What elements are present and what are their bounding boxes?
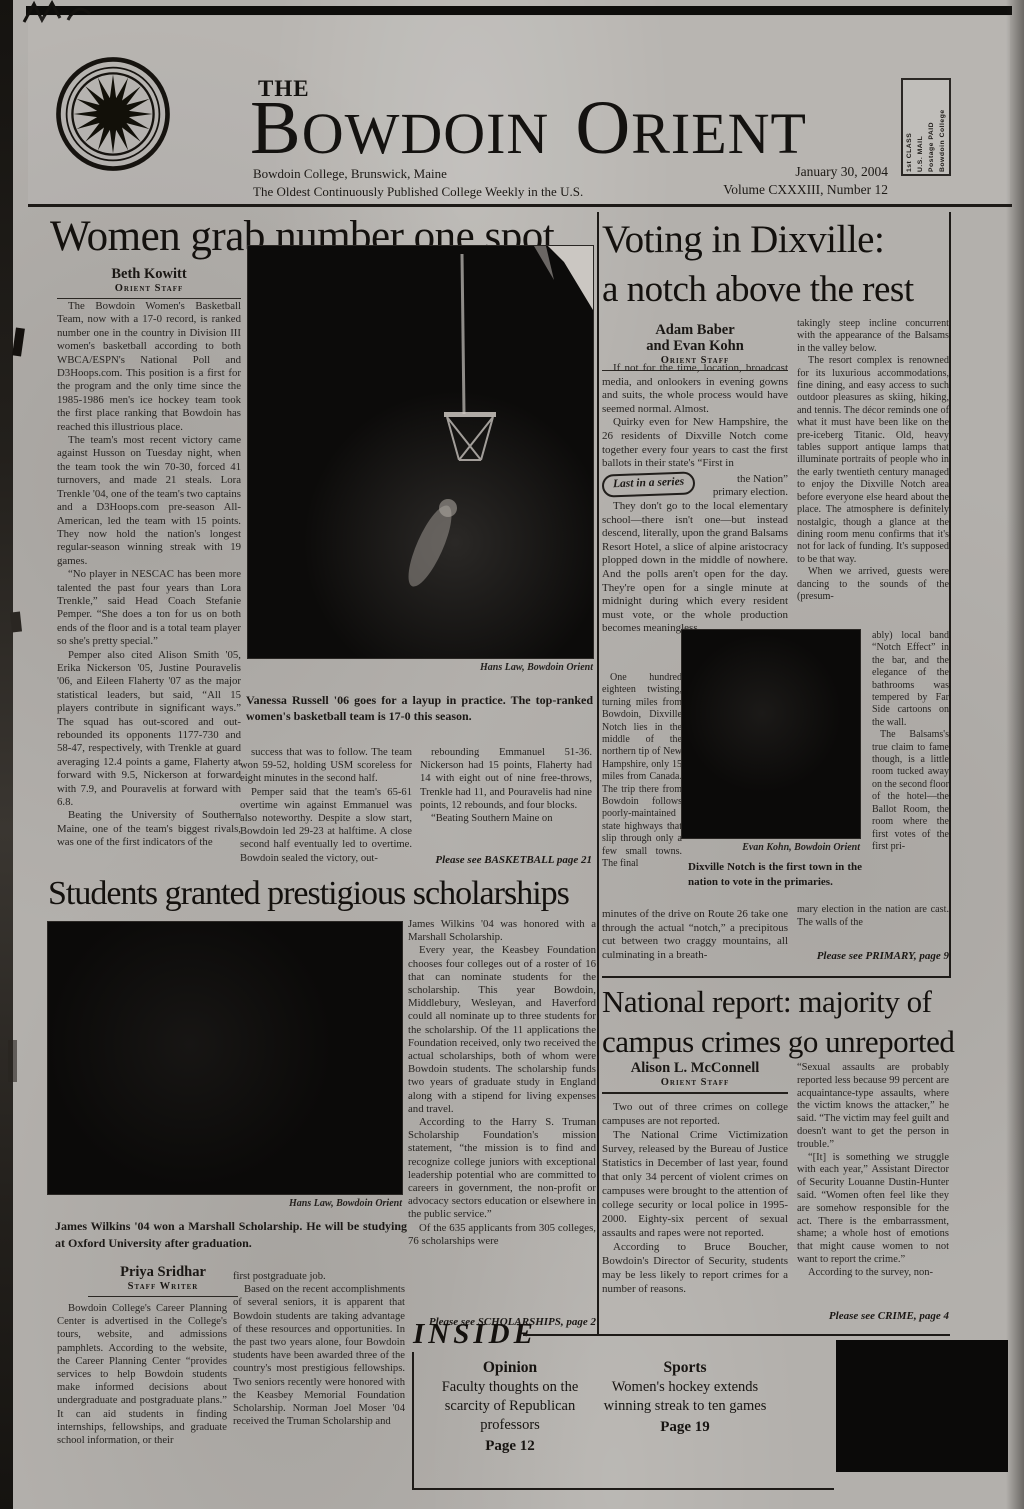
paragraph: Every year, the Keasbey Foundation choos…	[408, 944, 596, 1116]
dixville-column-1: If not for the time, location, broadcast…	[602, 362, 788, 668]
paragraph: “[It] is something we struggle with each…	[797, 1152, 949, 1267]
basketball-jump-line: Please see BASKETBALL page 21	[420, 854, 592, 866]
masthead-title-word: BOWDOIN	[250, 96, 549, 166]
paragraph: first postgraduate job.	[233, 1270, 405, 1283]
basketball-photo	[248, 246, 593, 658]
basketball-column-1: The Bowdoin Women's Basketball Team, now…	[57, 300, 241, 862]
paragraph: According to the Harry S. Truman Scholar…	[408, 1116, 596, 1222]
paragraph: “No player in NESCAC has been more talen…	[57, 568, 241, 648]
crime-headline-line-1: National report: majority of	[602, 982, 950, 1022]
paragraph: The resort complex is renowned for its l…	[797, 355, 949, 566]
byline-name: Beth Kowitt	[57, 266, 241, 282]
series-badge: Last in a series	[602, 471, 696, 497]
paragraph: James Wilkins '04 was honored with a Mar…	[408, 918, 596, 944]
inside-box-bottom-rule	[412, 1488, 834, 1490]
paragraph: takingly steep incline concurrent with t…	[797, 318, 949, 355]
dixville-photo	[682, 630, 860, 838]
dixville-column-2-continued: mary election in the nation are cast. Th…	[797, 904, 949, 934]
series-badge-row: Last in a series the Nation” primary ele…	[602, 473, 788, 500]
paragraph: success that was to follow. The team won…	[240, 746, 412, 786]
paragraph: minutes of the drive on Route 26 take on…	[602, 908, 788, 962]
dixville-column-2-narrow: ably) local band “Notch Effect” in the b…	[872, 630, 949, 900]
inside-item-summary: Women's hockey extends winning streak to…	[596, 1378, 774, 1416]
bottom-right-ink-block	[836, 1340, 1008, 1472]
byline-name: and Evan Kohn	[602, 338, 788, 354]
basketball-column-3: rebounding Emmanuel 51-36. Nickerson had…	[420, 746, 592, 852]
scan-mark	[10, 612, 22, 633]
paragraph: Beating the University of Southern Maine…	[57, 809, 241, 849]
scan-mark	[8, 1040, 17, 1082]
masthead-rule	[28, 204, 1012, 207]
issue-volume: Volume CXXXIII, Number 12	[598, 182, 888, 198]
paragraph: They don't go to the local elementary sc…	[602, 500, 788, 636]
stamp-line: Postage PAID	[927, 82, 937, 172]
paragraph: When we arrived, guests were dancing to …	[797, 566, 949, 603]
bowdoin-seal-logo	[55, 56, 171, 172]
inside-section-label: Opinion	[428, 1358, 592, 1378]
inside-item-opinion: Opinion Faculty thoughts on the scarcity…	[428, 1358, 592, 1457]
basketball-photo-highlights	[248, 246, 593, 658]
byline-name: Adam Baber	[602, 322, 788, 338]
stamp-line: U.S. MAIL	[916, 82, 926, 172]
inside-item-sports: Sports Women's hockey extends winning st…	[596, 1358, 774, 1438]
paragraph: “Beating Southern Maine on	[420, 812, 592, 825]
paragraph: One hundred eighteen twisting, turning m…	[602, 672, 682, 871]
paragraph: Based on the recent accomplishments of s…	[233, 1283, 405, 1428]
right-column-rule	[949, 212, 951, 978]
wilkins-photo-caption: James Wilkins '04 won a Marshall Scholar…	[55, 1218, 407, 1251]
basketball-column-2: success that was to follow. The team won…	[240, 746, 412, 870]
inside-box-left-rule	[412, 1352, 414, 1488]
byline-name: Priya Sridhar	[88, 1264, 238, 1280]
paragraph: rebounding Emmanuel 51-36. Nickerson had…	[420, 746, 592, 812]
paragraph: According to Bruce Boucher, Bowdoin's Di…	[602, 1240, 788, 1296]
byline-role: Orient Staff	[602, 1076, 788, 1089]
crime-headline-line-2: campus crimes go unreported	[602, 1022, 950, 1062]
paragraph: ably) local band “Notch Effect” in the b…	[872, 630, 949, 729]
wilkins-photo	[48, 922, 402, 1194]
crime-column-1: Two out of three crimes on college campu…	[602, 1100, 788, 1330]
scholarships-column-b: first postgraduate job. Based on the rec…	[233, 1270, 405, 1478]
paragraph: According to the survey, non-	[797, 1267, 949, 1280]
crime-column-2: “Sexual assaults are probably reported l…	[797, 1062, 949, 1308]
masthead-tagline-1: Bowdoin College, Brunswick, Maine	[253, 166, 447, 182]
scholarships-byline: Priya Sridhar Staff Writer	[88, 1264, 238, 1297]
inside-page-ref: Page 12	[428, 1435, 592, 1457]
scan-edge-left	[0, 0, 13, 1509]
dixville-column-1-narrow: One hundred eighteen twisting, turning m…	[602, 672, 682, 908]
masthead-title-word: ORIENT	[575, 96, 807, 166]
inside-label: INSIDE	[413, 1318, 537, 1351]
dixville-headline-line-1: Voting in Dixville:	[602, 216, 950, 264]
wilkins-photo-credit: Hans Law, Bowdoin Orient	[48, 1198, 402, 1209]
dixville-column-2: takingly steep incline concurrent with t…	[797, 318, 949, 628]
paragraph: Bowdoin College's Career Planning Center…	[57, 1302, 227, 1447]
paragraph: Pemper also cited Alison Smith '05, Erik…	[57, 649, 241, 810]
paragraph: “Sexual assaults are probably reported l…	[797, 1062, 949, 1152]
masthead: THE BOWDOIN ORIENT Bowdoin College, Brun…	[28, 16, 1010, 204]
basketball-photo-credit: Hans Law, Bowdoin Orient	[248, 662, 593, 673]
inside-rule	[523, 1334, 950, 1336]
paragraph: Two out of three crimes on college campu…	[602, 1100, 788, 1128]
crime-byline: Alison L. McConnell Orient Staff	[602, 1060, 788, 1094]
dixville-headline-line-2: a notch above the rest	[602, 266, 950, 314]
dixville-column-1-continued: minutes of the drive on Route 26 take on…	[602, 908, 788, 966]
postage-stamp-box: 1st CLASS U.S. MAIL Postage PAID Bowdoin…	[901, 78, 951, 176]
byline-role: Orient Staff	[57, 282, 241, 295]
paragraph: The team's most recent victory came agai…	[57, 434, 241, 568]
scan-mark	[12, 328, 25, 357]
stamp-line: Bowdoin College	[938, 82, 948, 172]
scholarships-headline: Students granted prestigious scholarship…	[48, 872, 594, 916]
paragraph: Quirky even for New Hampshire, the 26 re…	[602, 416, 788, 470]
scan-right-shade	[1006, 0, 1024, 1509]
newspaper-front-page: THE BOWDOIN ORIENT Bowdoin College, Brun…	[0, 0, 1024, 1509]
inside-item-summary: Faculty thoughts on the scarcity of Repu…	[428, 1378, 592, 1435]
dixville-photo-credit: Evan Kohn, Bowdoin Orient	[682, 842, 860, 853]
dixville-jump-line: Please see PRIMARY, page 9	[797, 950, 949, 962]
stamp-line: 1st CLASS	[905, 82, 915, 172]
paragraph: Of the 635 applicants from 305 colleges,…	[408, 1222, 596, 1248]
dixville-bottom-rule	[602, 976, 950, 978]
basketball-photo-caption: Vanessa Russell '06 goes for a layup in …	[246, 692, 593, 724]
inside-page-ref: Page 19	[596, 1416, 774, 1438]
paragraph: The Bowdoin Women's Basketball Team, now…	[57, 300, 241, 434]
paragraph: The National Crime Victimization Survey,…	[602, 1128, 788, 1240]
masthead-tagline-2: The Oldest Continuously Published Colleg…	[253, 184, 583, 200]
issue-date: January 30, 2004	[598, 164, 888, 180]
scan-top-bar	[26, 6, 1012, 15]
dixville-photo-caption: Dixville Notch is the first town in the …	[688, 860, 862, 889]
crime-jump-line: Please see CRIME, page 4	[797, 1310, 949, 1322]
byline-role: Staff Writer	[88, 1280, 238, 1293]
basketball-byline: Beth Kowitt Orient Staff	[57, 266, 241, 299]
paragraph: The Balsams's true claim to fame though,…	[872, 729, 949, 853]
badge-side-text: the Nation” primary election.	[701, 473, 788, 500]
center-column-rule	[597, 212, 599, 1335]
byline-name: Alison L. McConnell	[602, 1060, 788, 1076]
paragraph: If not for the time, location, broadcast…	[602, 362, 788, 416]
paragraph: mary election in the nation are cast. Th…	[797, 904, 949, 929]
paragraph: Pemper said that the team's 65-61 overti…	[240, 786, 412, 865]
inside-section-label: Sports	[596, 1358, 774, 1378]
masthead-title: BOWDOIN ORIENT	[250, 96, 950, 166]
scholarships-column-right: James Wilkins '04 was honored with a Mar…	[408, 918, 596, 1314]
scholarships-column-a: Bowdoin College's Career Planning Center…	[57, 1302, 227, 1478]
